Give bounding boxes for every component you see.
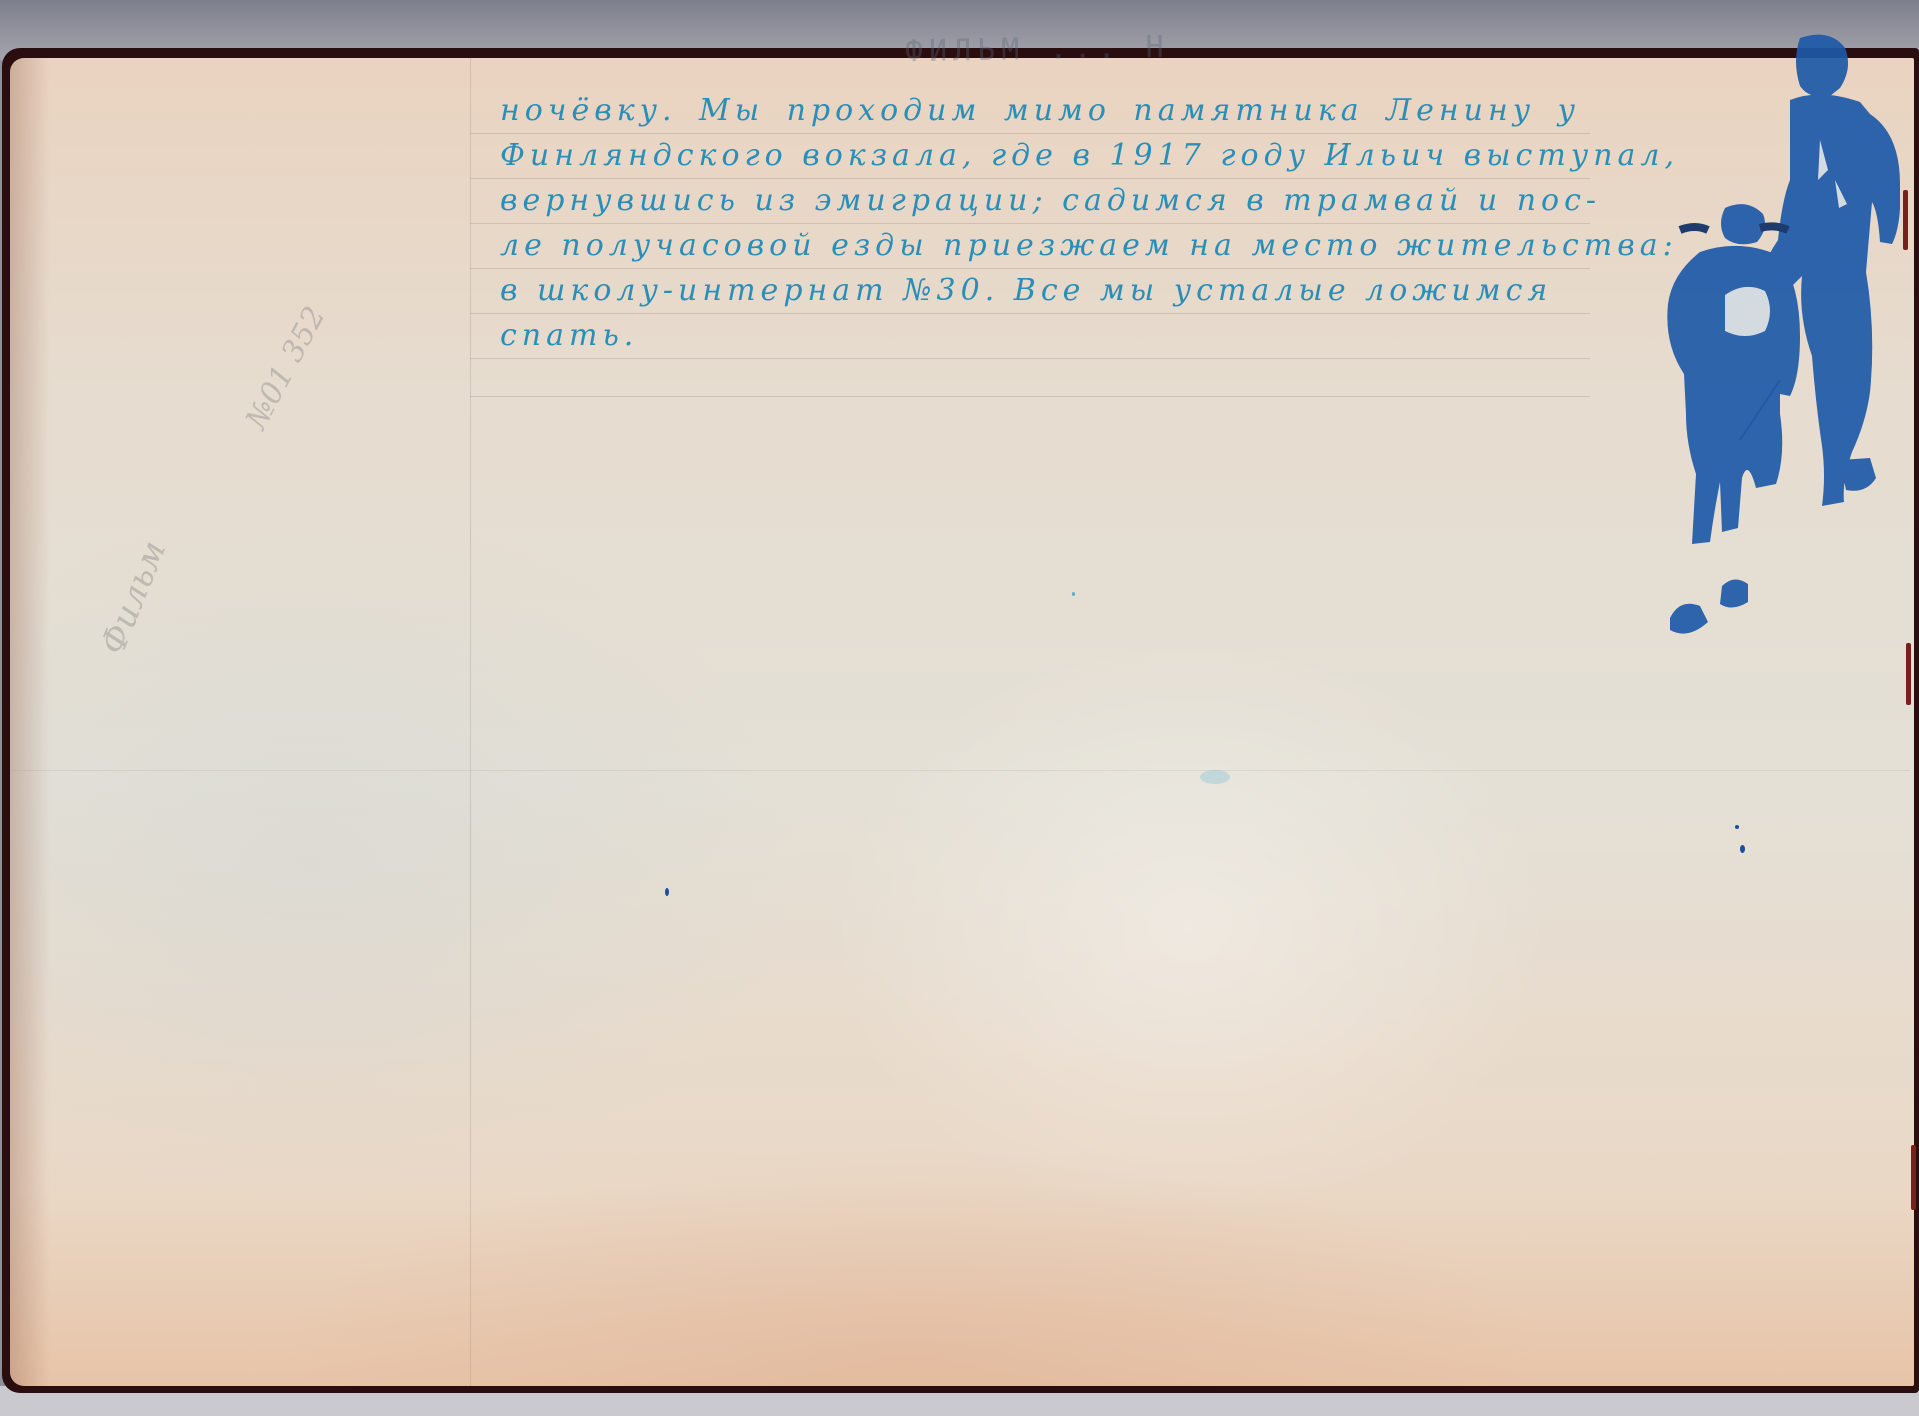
handwritten-line: спать. bbox=[500, 313, 1580, 358]
ink-speck bbox=[665, 888, 669, 896]
ink-speck bbox=[1740, 845, 1745, 853]
handwritten-line: Финляндского вокзала, где в 1917 году Ил… bbox=[500, 133, 1580, 178]
page-edge-shadow bbox=[10, 58, 50, 1386]
ruled-line bbox=[470, 358, 1590, 359]
margin-line bbox=[470, 58, 471, 1386]
handwritten-text-block: ночёвку. Мы проходим мимо памятника Лени… bbox=[500, 88, 1580, 358]
handwritten-line: ночёвку. Мы проходим мимо памятника Лени… bbox=[500, 88, 1580, 133]
handwritten-line: вернувшись из эмиграции; садимся в трамв… bbox=[500, 178, 1580, 223]
ruled-line bbox=[470, 396, 1590, 397]
faded-stamp: ФИЛЬМ ... Н bbox=[905, 30, 1170, 70]
binding-staple bbox=[1906, 643, 1911, 705]
ruled-line-faint bbox=[10, 770, 1910, 771]
handwritten-line: в школу-интернат №30. Все мы усталые лож… bbox=[500, 268, 1580, 313]
ink-speck bbox=[1735, 825, 1739, 829]
ink-smudge bbox=[1200, 770, 1230, 784]
binding-staple bbox=[1903, 190, 1908, 250]
watercolor-man-and-child-walking-icon bbox=[1630, 20, 1900, 660]
ink-speck bbox=[1072, 592, 1075, 596]
binding-staple bbox=[1911, 1145, 1916, 1210]
handwritten-line: ле получасовой езды приезжаем на место ж… bbox=[500, 223, 1580, 268]
